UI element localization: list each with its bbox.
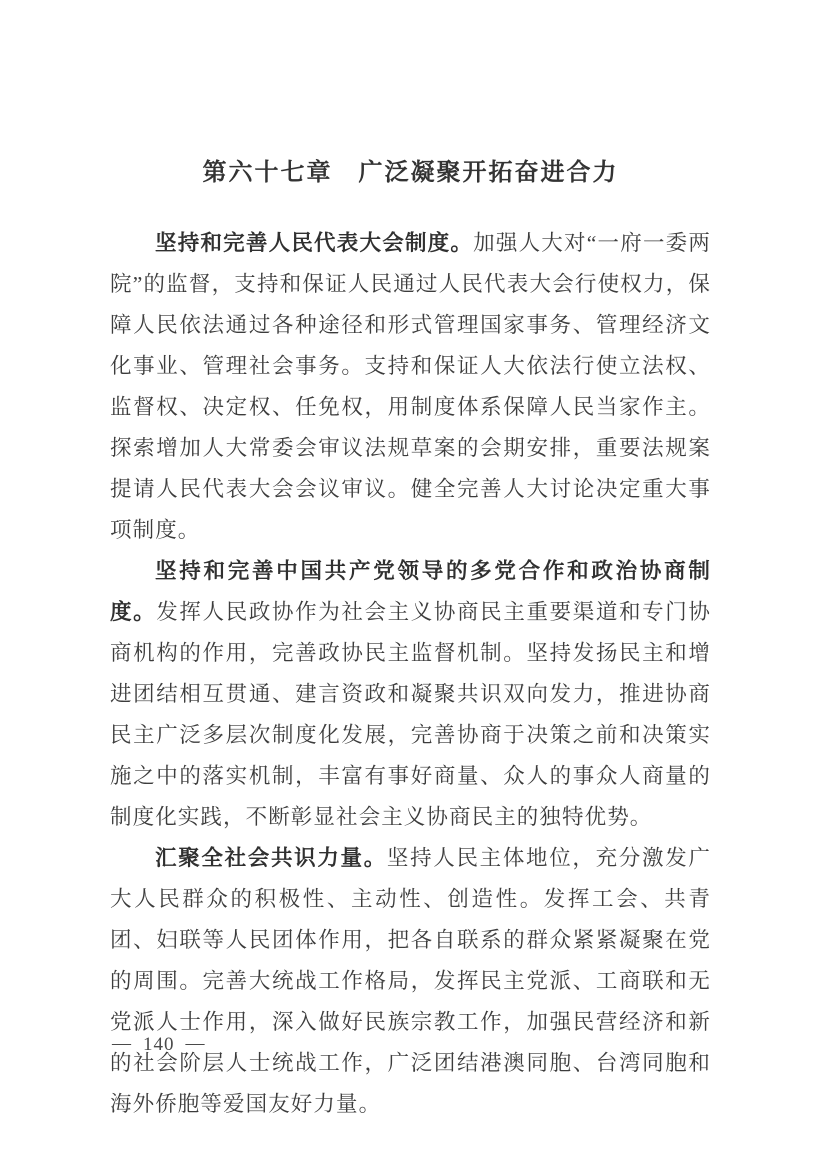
page-content: 第六十七章 广泛凝聚开拓奋进合力 坚持和完善人民代表大会制度。加强人大对“一府一…: [110, 152, 711, 1125]
footer-left-dash: —: [112, 1033, 132, 1055]
paragraph-1-body: 加强人大对“一府一委两院”的监督，支持和保证人民通过人民代表大会行使权力，保障人…: [110, 231, 711, 542]
paragraph-2: 坚持和完善中国共产党领导的多党合作和政治协商制度。发挥人民政协作为社会主义协商民…: [110, 551, 711, 838]
page-number: 140: [143, 1034, 175, 1056]
chapter-title: 第六十七章 广泛凝聚开拓奋进合力: [110, 152, 711, 187]
paragraph-3-body: 坚持人民主体地位，充分激发广大人民群众的积极性、主动性、创造性。发挥工会、共青团…: [110, 846, 711, 1116]
paragraph-3-lead: 汇聚全社会共识力量。: [155, 846, 387, 870]
paragraph-2-body: 发挥人民政协作为社会主义协商民主重要渠道和专门协商机构的作用，完善政协民主监督机…: [110, 600, 711, 829]
paragraph-1: 坚持和完善人民代表大会制度。加强人大对“一府一委两院”的监督，支持和保证人民通过…: [110, 223, 711, 551]
page-footer: — 140 —: [112, 1034, 206, 1056]
paragraph-1-lead: 坚持和完善人民代表大会制度。: [155, 231, 473, 255]
document-page: 第六十七章 广泛凝聚开拓奋进合力 坚持和完善人民代表大会制度。加强人大对“一府一…: [0, 0, 827, 1169]
footer-right-dash: —: [186, 1033, 206, 1055]
paragraph-3: 汇聚全社会共识力量。坚持人民主体地位，充分激发广大人民群众的积极性、主动性、创造…: [110, 838, 711, 1125]
